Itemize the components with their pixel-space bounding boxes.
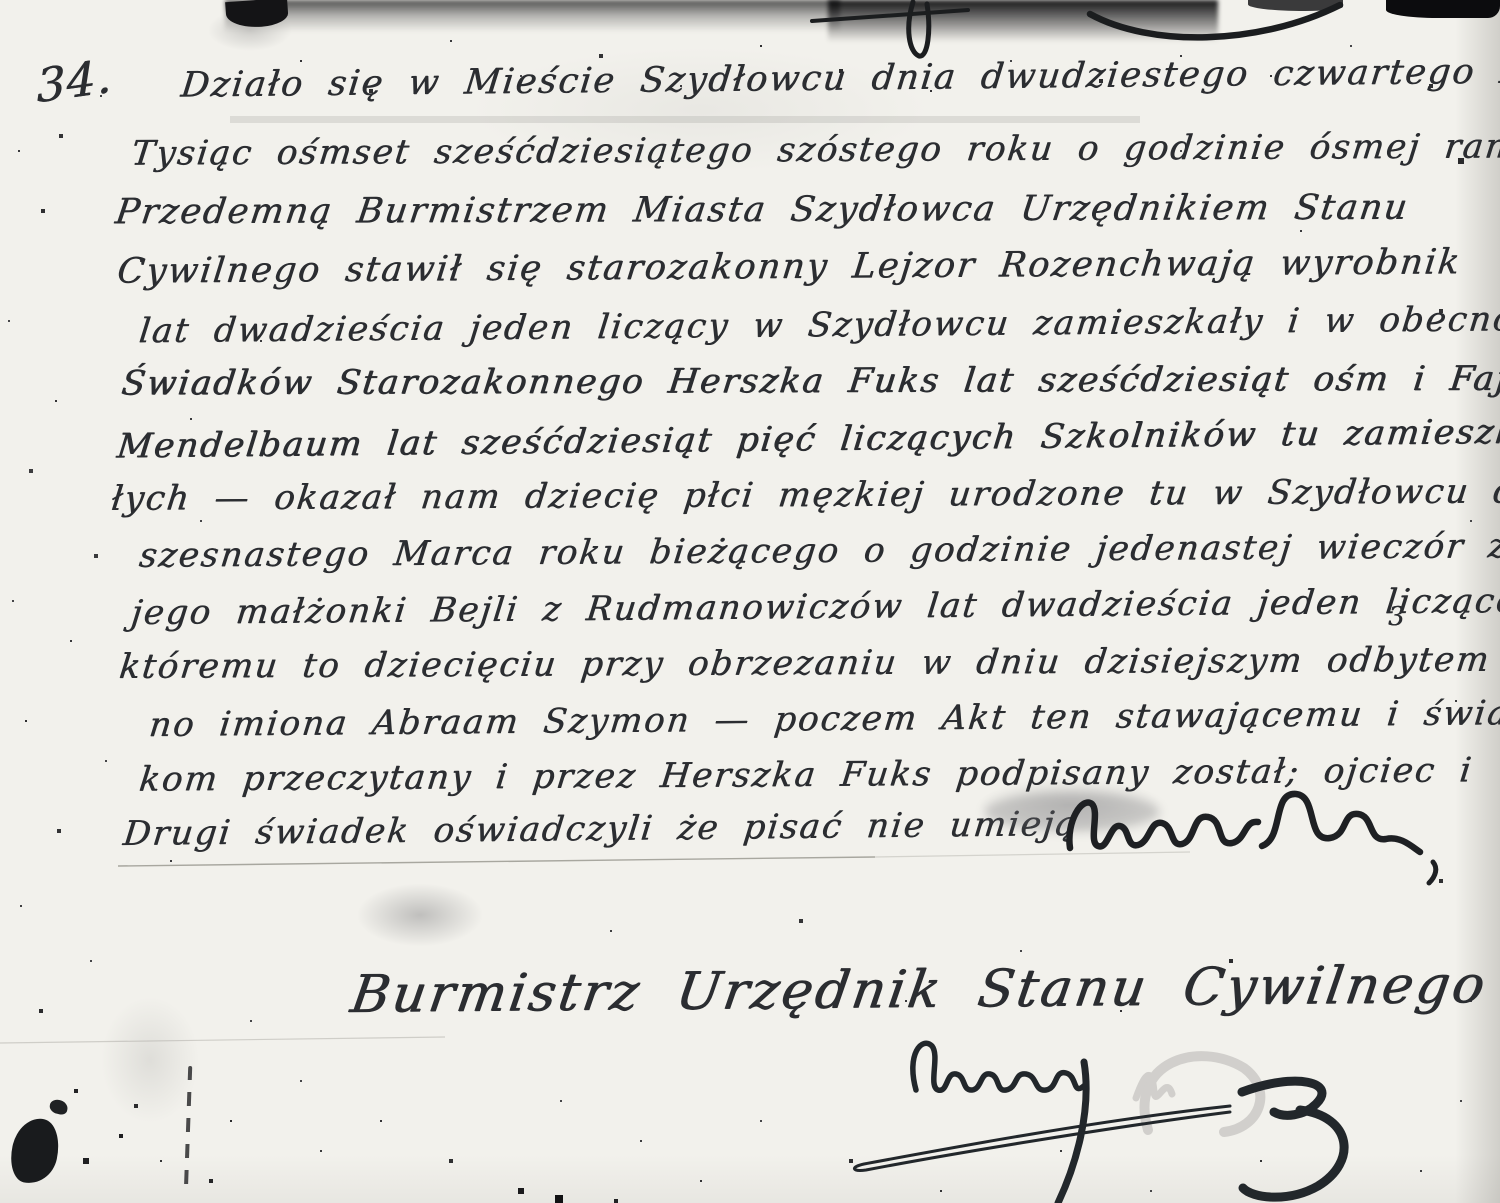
paper-speckle-noise xyxy=(0,0,2,2)
record-line: Świadków Starozakonnego Herszka Fuks lat… xyxy=(119,358,1500,403)
record-line: łych — okazał nam dziecię płci męzkiej u… xyxy=(109,471,1500,519)
scanned-document-page: { "colors": { "paper": "#f2f1ec", "ink":… xyxy=(0,0,1500,1203)
record-number: 34. xyxy=(35,49,112,114)
correction-mark: 3 xyxy=(1388,602,1405,632)
closing-title: Burmistrz Urzędnik Stanu Cywilnego xyxy=(347,955,1492,1025)
record-line: Przedemną Burmistrzem Miasta Szydłowca U… xyxy=(113,188,1411,233)
scan-edge-band xyxy=(828,0,1218,42)
ink-blot xyxy=(1386,0,1500,18)
record-line: Tysiąc ośmset sześćdziesiątego szóstego … xyxy=(129,126,1500,173)
record-line: któremu to dziecięciu przy obrzezaniu w … xyxy=(117,639,1500,687)
scan-edge-band xyxy=(225,0,840,32)
